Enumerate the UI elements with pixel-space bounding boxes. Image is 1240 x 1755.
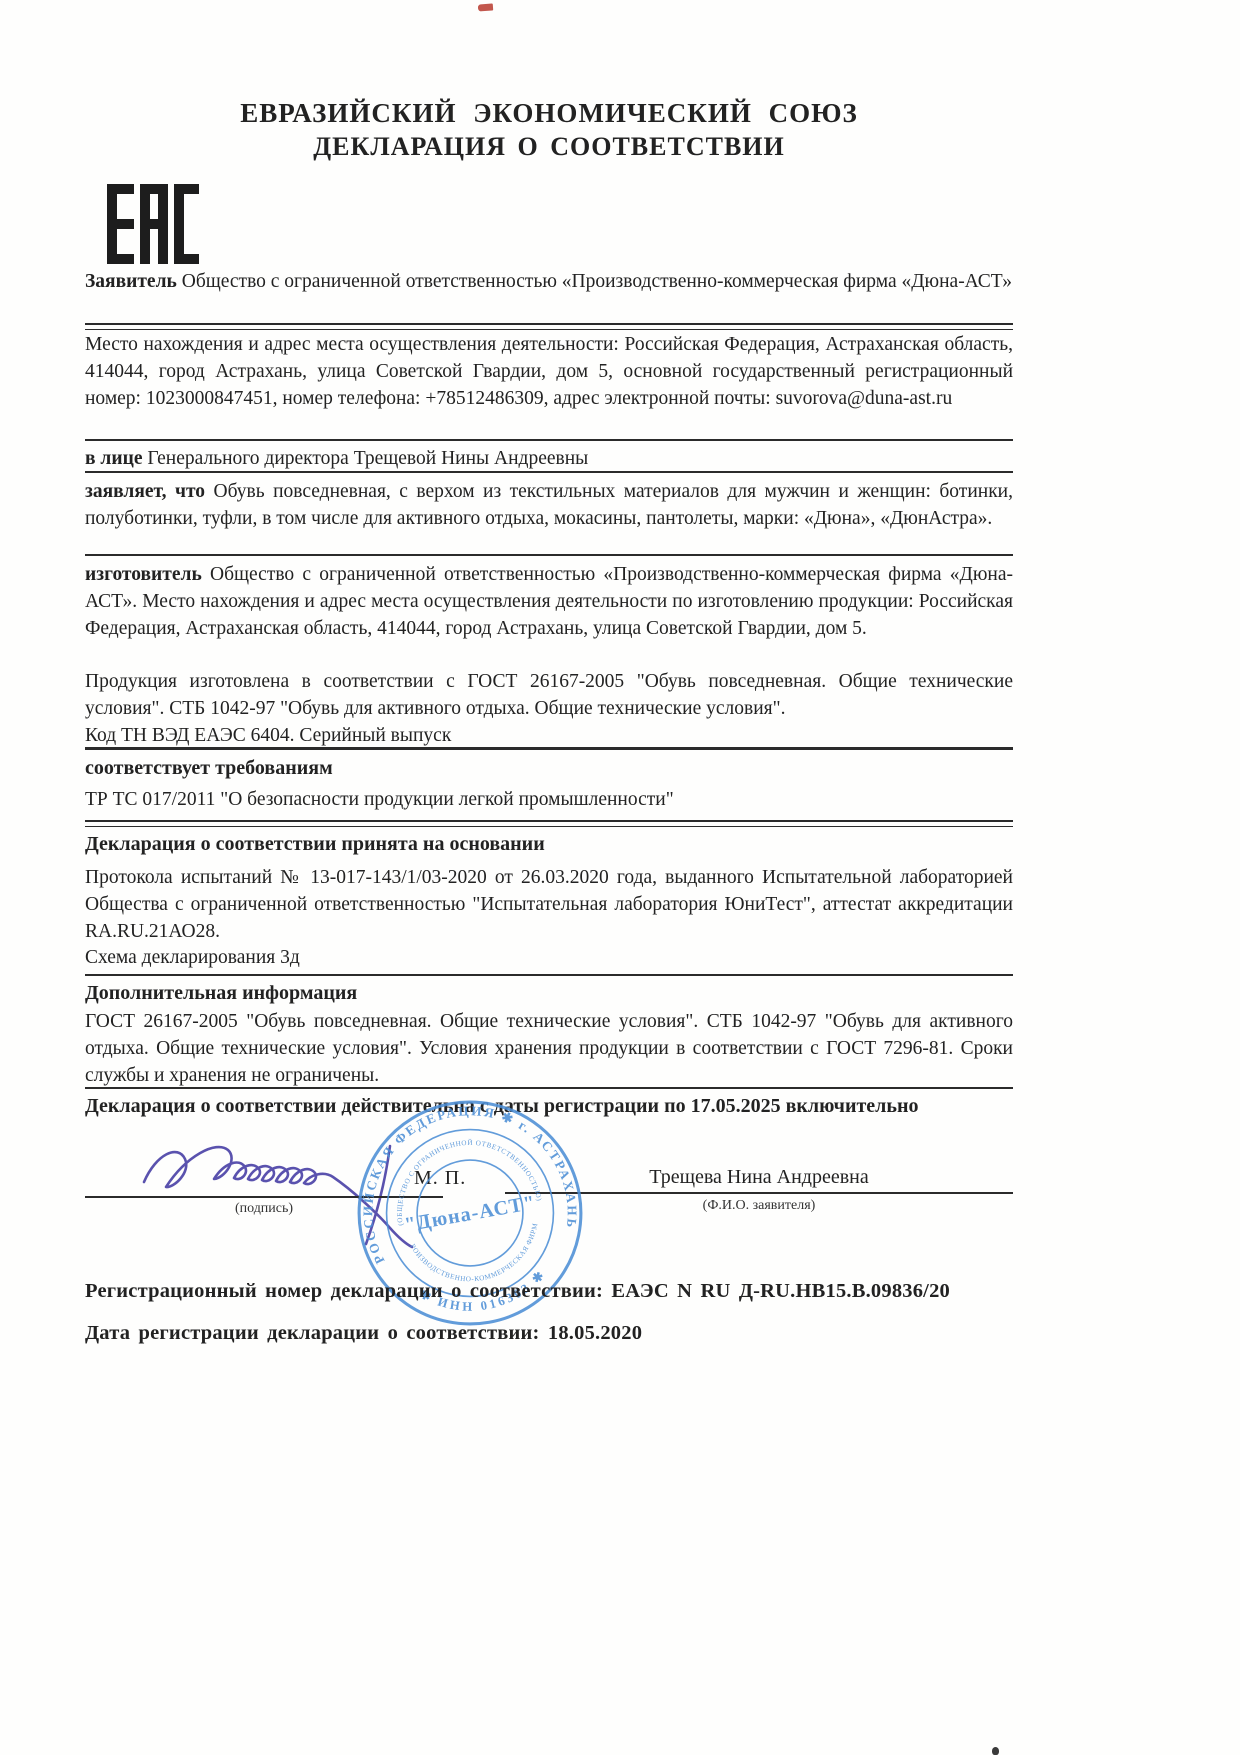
tr-ts-line: ТР ТС 017/2011 "О безопасности продукции… [85, 786, 1013, 813]
declaration-document: ЕВРАЗИЙСКИЙ ЭКОНОМИЧЕСКИЙ СОЮЗ ДЕКЛАРАЦИ… [0, 0, 1240, 1755]
rule-above-validity [85, 1087, 1013, 1089]
manufacturer-paragraph: изготовитель Общество с ограниченной отв… [85, 561, 1013, 642]
rule-under-tnved [85, 747, 1013, 750]
declares-text: Обувь повседневная, с верхом из текстиль… [85, 481, 1013, 529]
registration-number-line: Регистрационный номер декларации о соотв… [85, 1280, 1085, 1303]
basis-heading: Декларация о соответствии принята на осн… [85, 831, 1013, 858]
test-protocol-paragraph: Протокола испытаний № 13-017-143/1/03-20… [85, 864, 1013, 945]
production-standards-paragraph: Продукция изготовлена в соответствии с Г… [85, 668, 1013, 722]
person-text: Генерального директора Трещевой Нины Анд… [147, 448, 588, 469]
declares-label: заявляет, что [85, 481, 205, 502]
stamp-center-text: "Дюна-АСТ" [403, 1192, 538, 1237]
eac-mark-icon [107, 180, 199, 268]
document-title-declaration: ДЕКЛАРАЦИЯ О СООТВЕТСТВИИ [85, 132, 1013, 162]
rule-under-person [85, 471, 1013, 473]
applicant-label: Заявитель [85, 271, 177, 292]
rule-above-person [85, 439, 1013, 441]
manufacturer-label: изготовитель [85, 564, 202, 585]
manufacturer-text: Общество с ограниченной ответственностью… [85, 564, 1013, 639]
additional-info-heading: Дополнительная информация [85, 980, 1013, 1007]
red-scan-artifact [478, 3, 493, 11]
applicant-text: Общество с ограниченной ответственностью… [182, 271, 1012, 292]
stamp-outer-top-text: РОССИЙСКАЯ ФЕДЕРАЦИЯ ✱ г. АСТРАХАНЬ [353, 1096, 584, 1267]
applicant-paragraph: Заявитель Общество с ограниченной ответс… [85, 268, 1013, 295]
rule-above-additional [85, 974, 1013, 976]
rule-under-trts [85, 820, 1013, 827]
rule-under-declares [85, 554, 1013, 556]
registration-date-line: Дата регистрации декларации о соответств… [85, 1322, 1085, 1345]
dark-scan-dot [992, 1747, 999, 1755]
address-paragraph: Место нахождения и адрес места осуществл… [85, 331, 1013, 412]
declaration-scheme-line: Схема декларирования 3д [85, 944, 1013, 971]
person-paragraph: в лице Генерального директора Трещевой Н… [85, 445, 1013, 472]
declares-paragraph: заявляет, что Обувь повседневная, с верх… [85, 478, 1013, 532]
document-title-union: ЕВРАЗИЙСКИЙ ЭКОНОМИЧЕСКИЙ СОЮЗ [85, 98, 1013, 129]
svg-text:РОССИЙСКАЯ ФЕДЕРАЦИЯ ✱ г. АСТР: РОССИЙСКАЯ ФЕДЕРАЦИЯ ✱ г. АСТРАХАНЬ [353, 1096, 584, 1267]
tnved-code-line: Код ТН ВЭД ЕАЭС 6404. Серийный выпуск [85, 722, 1013, 749]
additional-info-paragraph: ГОСТ 26167-2005 "Обувь повседневная. Общ… [85, 1008, 1013, 1089]
complies-heading: соответствует требованиям [85, 755, 1013, 782]
rule-under-applicant [85, 323, 1013, 330]
person-label: в лице [85, 448, 142, 469]
